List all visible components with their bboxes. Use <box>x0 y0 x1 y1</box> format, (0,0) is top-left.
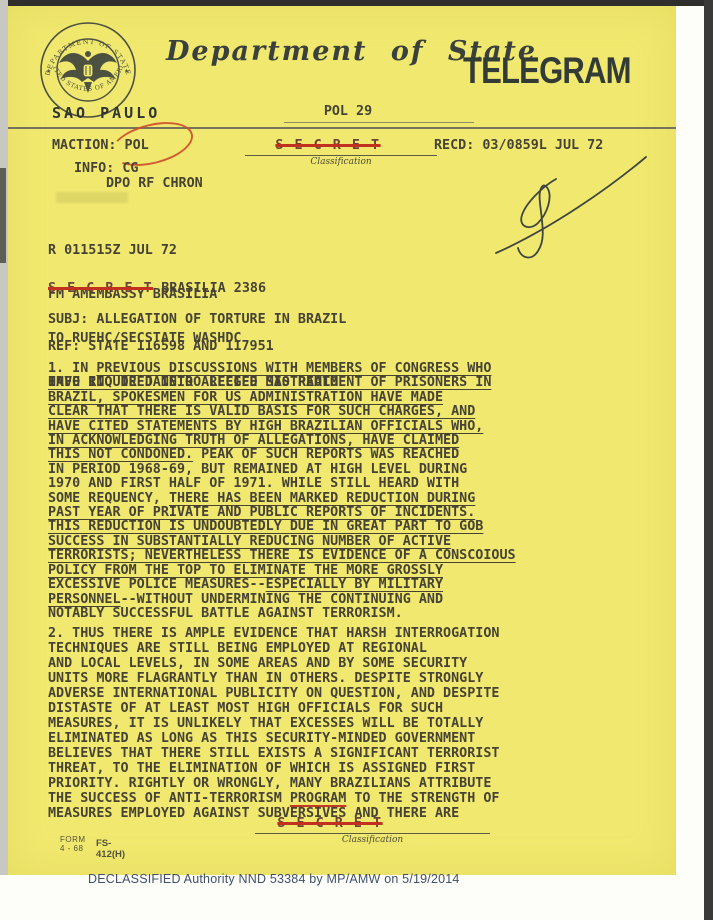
telegram-line: PAST YEAR OF PRIVATE AND PUBLIC REPORTS … <box>48 506 516 520</box>
telegram-line: UNITS MORE FLAGRANTLY THAN IN OTHERS. DE… <box>48 671 499 686</box>
telegram-line: PRIORITY. RIGHTLY OR WRONGLY, MANY BRAZI… <box>48 776 499 791</box>
telegram-line: BELIEVES THAT THERE STILL EXISTS A SIGNI… <box>48 746 499 761</box>
info-line-2: DPO RF CHRON <box>106 176 203 191</box>
classification-caption-bottom: Classification <box>255 835 490 845</box>
scan-left-edge <box>0 0 8 875</box>
classification-strikethrough: S E C R E T <box>48 281 153 296</box>
classification-line-top <box>245 155 437 156</box>
info-line: INFO: CG <box>74 161 139 176</box>
telegram-line: MEASURES, IT IS UNLIKELY THAT EXCESSES W… <box>48 716 499 731</box>
classification-strikethrough: S E C R E T <box>275 138 380 153</box>
telegram-paragraph: 1. IN PREVIOUS DISCUSSIONS WITH MEMBERS … <box>48 362 516 621</box>
doc-type-title: TELEGRAM <box>463 50 631 92</box>
subject-line: SUBJ: ALLEGATION OF TORTURE IN BRAZIL <box>48 312 346 327</box>
form-label: FORM <box>60 835 86 844</box>
telegram-line: THREAT, TO THE ELIMINATION OF WHICH IS A… <box>48 761 499 776</box>
handwritten-initials-mark <box>478 151 653 311</box>
faint-stamp-smudge <box>56 192 128 203</box>
telegram-line: THE SUCCESS OF ANTI-TERRORISM PROGRAM TO… <box>48 791 499 806</box>
file-number: POL 29 <box>258 104 438 119</box>
classification-strikethrough: S E C R E T <box>277 816 382 831</box>
classification-line-bottom <box>255 833 490 834</box>
classification-stamp-bottom: S E C R E T <box>230 816 430 831</box>
telegram-paragraph: 2. THUS THERE IS AMPLE EVIDENCE THAT HAR… <box>48 626 499 821</box>
declassified-stamp: DECLASSIFIED Authority NND 53384 by MP/A… <box>88 872 460 886</box>
telegram-line: CLEAR THAT THERE IS VALID BASIS FOR SUCH… <box>48 405 516 419</box>
telegram-line: TECHNIQUES ARE STILL BEING EMPLOYED AT R… <box>48 641 499 656</box>
reference-number: BRASILIA 2386 <box>153 281 266 296</box>
post-stamp: SAO PAULO <box>52 104 160 122</box>
telegram-line: EXCESSIVE POLICE MEASURES--ESPECIALLY BY… <box>48 578 516 592</box>
telegram-line: SUCCESS IN SUBSTANTIALLY REDUCING NUMBER… <box>48 535 516 549</box>
svg-text:★: ★ <box>46 68 51 75</box>
reference-line: S E C R E T BRASILIA 2386 <box>48 281 266 296</box>
scan-right-edge <box>704 0 713 920</box>
telegram-line: ADVERSE INTERNATIONAL PUBLICITY ON QUEST… <box>48 686 499 701</box>
form-number-note: FORM 4 - 68 FS-412(H) <box>60 835 86 853</box>
telegram-line: PERSONNEL--WITHOUT UNDERMINING THE CONTI… <box>48 593 516 607</box>
classification-caption-top: Classification <box>245 157 437 167</box>
telegram-line: 2. THUS THERE IS AMPLE EVIDENCE THAT HAR… <box>48 626 499 641</box>
telegram-line: POLICY FROM THE TOP TO ELIMINATE THE MOR… <box>48 564 516 578</box>
telegram-line: DISTASTE OF AT LEAST MOST HIGH OFFICIALS… <box>48 701 499 716</box>
telegram-paper: DEPARTMENT OF STATE UNITED STATES OF AME… <box>8 6 676 875</box>
telegram-line: SOME REQUENCY, THERE HAS BEEN MARKED RED… <box>48 492 516 506</box>
svg-text:★: ★ <box>124 68 129 75</box>
telegram-line: 1. IN PREVIOUS DISCUSSIONS WITH MEMBERS … <box>48 362 516 376</box>
telegram-line: THIS NOT CONDONED. PEAK OF SUCH REPORTS … <box>48 448 516 462</box>
telegram-line: 1970 AND FIRST HALF OF 1971. WHILE STILL… <box>48 477 516 491</box>
telegram-line: TERRORISTS; NEVERTHELESS THERE IS EVIDEN… <box>48 549 516 563</box>
telegram-line: ELIMINATED AS LONG AS THIS SECURITY-MIND… <box>48 731 499 746</box>
telegram-line: THIS REDUCTION IS UNDOUBTEDLY DUE IN GRE… <box>48 520 516 534</box>
telegram-line: IN PERIOD 1968-69, BUT REMAINED AT HIGH … <box>48 463 516 477</box>
telegram-line: IN ACKNOWLEDGING TRUTH OF ALLEGATIONS, H… <box>48 434 516 448</box>
header-rule <box>8 127 676 129</box>
address-line: R 011515Z JUL 72 <box>48 244 338 259</box>
telegram-line: BRAZIL, SPOKESMEN FOR US ADMINISTRATION … <box>48 391 516 405</box>
scan-edge-smudge <box>0 168 6 263</box>
classification-stamp-top: S E C R E T <box>228 138 428 153</box>
telegram-line: NOTABLY SUCCESSFUL BATTLE AGAINST TERROR… <box>48 607 516 621</box>
file-number-underline <box>284 122 474 123</box>
telegram-line: HAVE CITED STATEMENTS BY HIGH BRAZILIAN … <box>48 420 516 434</box>
telegram-line: AND LOCAL LEVELS, IN SOME AREAS AND BY S… <box>48 656 499 671</box>
telegram-line: HAVE INQUIRED INTO ALLEGED MISTREATMENT … <box>48 376 516 390</box>
ref-line: REF: STATE 116598 AND 117951 <box>48 339 274 354</box>
form-number: FS-412(H) <box>96 838 125 860</box>
form-date: 4 - 68 <box>60 844 86 853</box>
